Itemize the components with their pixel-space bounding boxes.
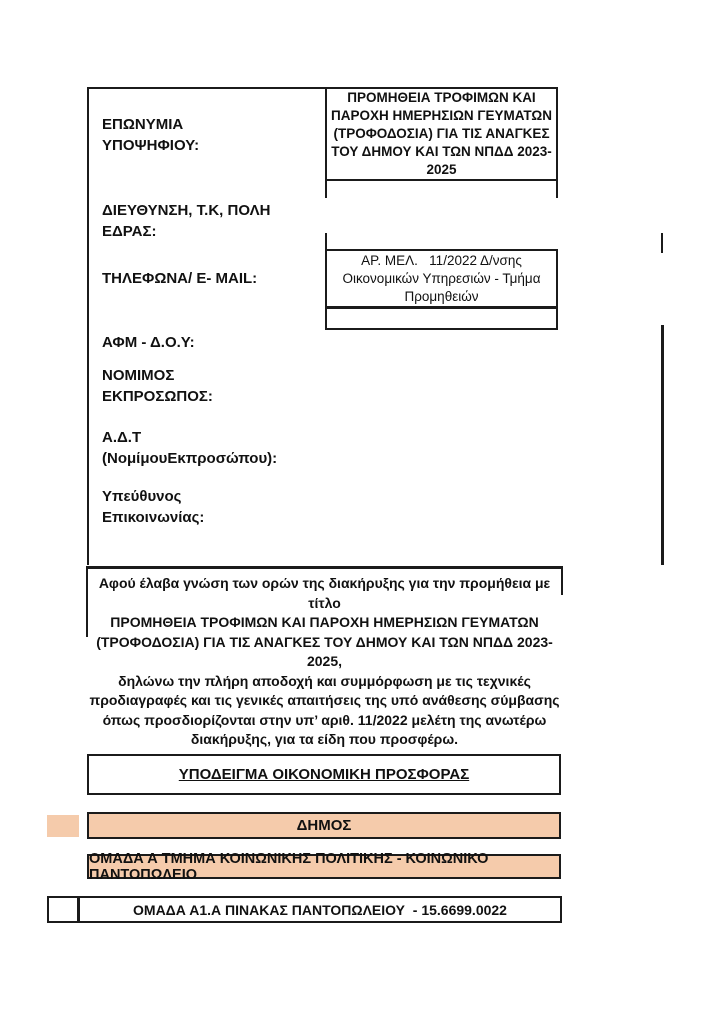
a1a-heading: ΟΜΑΔΑ Α1.Α ΠΙΝΑΚΑΣ ΠΑΝΤΟΠΩΛΕΙΟΥ - 15.669… — [133, 902, 507, 918]
a1a-heading-box: ΟΜΑΔΑ Α1.Α ΠΙΝΑΚΑΣ ΠΑΝΤΟΠΩΛΕΙΟΥ - 15.669… — [78, 896, 562, 923]
phone-email-label: ΤΗΛΕΦΩΝΑ/ Ε- MAIL: — [102, 268, 320, 289]
divider-fragment — [325, 233, 327, 250]
municipality-swatch — [47, 815, 79, 837]
declaration-right-border — [561, 569, 563, 595]
study-ref-box: ΑΡ. ΜΕΛ. 11/2022 Δ/νσης Οικονομικών Υπηρ… — [325, 249, 558, 308]
group-a-bar: ΟΜΑΔΑ Α ΤΜΗΜΑ ΚΟΙΝΩΝΙΚΗΣ ΠΟΛΙΤΙΚΗΣ - ΚΟΙ… — [87, 854, 561, 879]
offer-heading-box: ΥΠΟΔΕΙΓΜΑ ΟΙΚΟΝΟΜΙΚΗ ΠΡΟΣΦΟΡΑΣ — [87, 754, 561, 795]
contact-person-label: Υπεύθυνος Επικοινωνίας: — [102, 486, 320, 528]
study-ref-text: ΑΡ. ΜΕΛ. 11/2022 Δ/νσης Οικονομικών Υπηρ… — [342, 252, 540, 306]
candidate-fields-cell: ΕΠΩΝΥΜΙΑ ΥΠΟΨΗΦΙΟΥ: ΔΙΕΥΘΥΝΣΗ, Τ.Κ, ΠΟΛΗ… — [87, 87, 325, 565]
project-title-box: ΠΡΟΜΗΘΕΙΑ ΤΡΟΦΙΜΩΝ ΚΑΙ ΠΑΡΟΧΗ ΗΜΕΡΗΣΙΩΝ … — [325, 87, 558, 181]
municipality-label: ΔΗΜΟΣ — [297, 817, 352, 834]
project-title: ΠΡΟΜΗΘΕΙΑ ΤΡΟΦΙΜΩΝ ΚΑΙ ΠΑΡΟΧΗ ΗΜΕΡΗΣΙΩΝ … — [327, 87, 556, 181]
a1a-side-cell — [47, 896, 79, 923]
empty-cell-under-title — [325, 180, 558, 198]
afm-doy-label: ΑΦΜ - Δ.Ο.Υ: — [102, 332, 320, 353]
document-page: ΕΠΩΝΥΜΙΑ ΥΠΟΨΗΦΙΟΥ: ΔΙΕΥΘΥΝΣΗ, Τ.Κ, ΠΟΛΗ… — [0, 0, 724, 1024]
address-label: ΔΙΕΥΘΥΝΣΗ, Τ.Κ, ΠΟΛΗ ΕΔΡΑΣ: — [102, 200, 320, 242]
page-edge-line-short — [661, 233, 663, 253]
declaration-box: Αφού έλαβα γνώση των ορών της διακήρυξης… — [86, 566, 563, 712]
candidate-name-label: ΕΠΩΝΥΜΙΑ ΥΠΟΨΗΦΙΟΥ: — [102, 114, 320, 156]
declaration-left-border — [86, 569, 88, 637]
page-edge-line-long — [661, 325, 664, 565]
legal-rep-label: ΝΟΜΙΜΟΣ ΕΚΠΡΟΣΩΠΟΣ: — [102, 365, 320, 407]
group-a-label: ΟΜΑΔΑ Α ΤΜΗΜΑ ΚΟΙΝΩΝΙΚΗΣ ΠΟΛΙΤΙΚΗΣ - ΚΟΙ… — [89, 851, 559, 883]
id-card-label: Α.Δ.Τ (ΝομίμουΕκπροσώπου): — [102, 427, 320, 469]
empty-cell-under-study-ref — [325, 307, 558, 330]
municipality-bar: ΔΗΜΟΣ — [87, 812, 561, 839]
offer-heading: ΥΠΟΔΕΙΓΜΑ ΟΙΚΟΝΟΜΙΚΗ ΠΡΟΣΦΟΡΑΣ — [179, 766, 469, 783]
declaration-text: Αφού έλαβα γνώση των ορών της διακήρυξης… — [86, 569, 563, 750]
